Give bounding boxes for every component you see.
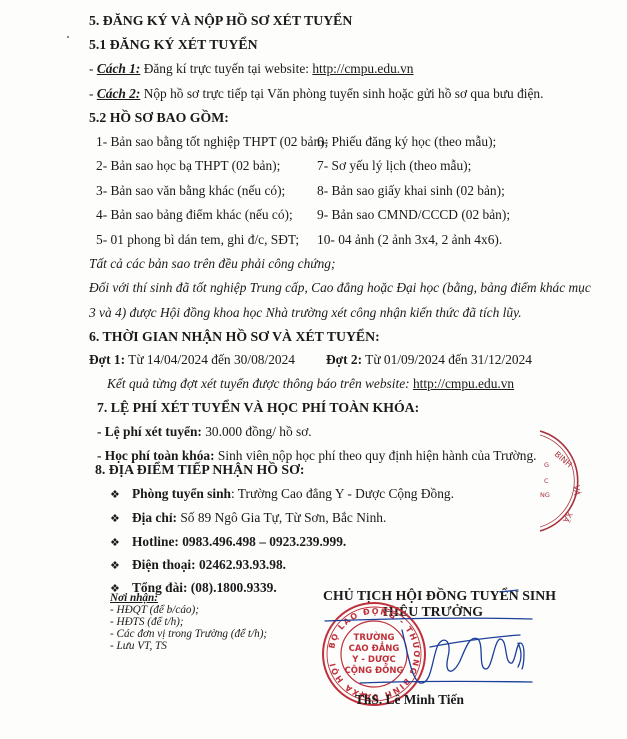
document-item: 7- Sơ yếu lý lịch (theo mẫu); xyxy=(317,158,471,174)
recipient-item: - HĐQT (để b/cáo); xyxy=(110,604,199,617)
round-1: Đợt 1: Từ 14/04/2024 đến 30/08/2024 xyxy=(89,352,295,368)
recipient-item: - Lưu VT, TS xyxy=(110,640,167,653)
section-7-title: 7. LỆ PHÍ XÉT TUYỂN VÀ HỌC PHÍ TOÀN KHÓA… xyxy=(97,400,419,416)
partial-stamp-icon: BINH VÀ XÃ G C NG xyxy=(540,425,600,537)
graduate-note-line-2: 3 và 4) được Hội đồng khoa học Nhà trườn… xyxy=(89,305,522,321)
document-item: 1- Bản sao bằng tốt nghiệp THPT (02 bản)… xyxy=(96,134,328,150)
diamond-bullet-icon: ❖ xyxy=(110,535,132,551)
section-8-title: 8. ĐỊA ĐIỂM TIẾP NHẬN HỒ SƠ: xyxy=(95,462,304,478)
contact-item: ❖Điện thoại: 02462.93.93.98. xyxy=(110,557,286,574)
document-item: 10- 04 ảnh (2 ảnh 3x4, 2 ảnh 4x6). xyxy=(317,232,502,248)
contact-item: ❖Phòng tuyển sinh: Trường Cao đẳng Y - D… xyxy=(110,486,454,503)
svg-text:BINH: BINH xyxy=(553,450,574,470)
round-1-label: Đợt 1: xyxy=(89,352,125,367)
document-item: 8- Bản sao giấy khai sinh (02 bản); xyxy=(317,183,505,199)
svg-text:VÀ: VÀ xyxy=(572,485,583,496)
round-1-dates: Từ 14/04/2024 đến 30/08/2024 xyxy=(125,352,295,367)
round-2-dates: Từ 01/09/2024 đến 31/12/2024 xyxy=(362,352,532,367)
scan-speck xyxy=(67,36,69,38)
result-text: Kết quả từng đợt xét tuyển được thông bá… xyxy=(107,376,413,391)
fee-value: 30.000 đồng/ hồ sơ. xyxy=(202,424,312,439)
diamond-bullet-icon: ❖ xyxy=(110,558,132,574)
recipient-item: - HĐTS (để t/h); xyxy=(110,616,184,629)
round-2-label: Đợt 2: xyxy=(326,352,362,367)
document-item: 9- Bản sao CMND/CCCD (02 bản); xyxy=(317,207,510,223)
method-2-label: Cách 2: xyxy=(97,86,141,101)
document-page: 5. ĐĂNG KÝ VÀ NỘP HỒ SƠ XÉT TUYỂN 5.1 ĐĂ… xyxy=(0,0,627,739)
round-2: Đợt 2: Từ 01/09/2024 đến 31/12/2024 xyxy=(326,352,532,368)
section-5-1-title: 5.1 ĐĂNG KÝ XÉT TUYỂN xyxy=(89,37,258,53)
notarize-note: Tất cả các bản sao trên đều phải công ch… xyxy=(89,256,335,272)
tuition-label: - Học phí toàn khóa: xyxy=(97,448,215,463)
section-6-title: 6. THỜI GIAN NHẬN HỒ SƠ VÀ XÉT TUYỂN: xyxy=(89,329,380,345)
document-item: 3- Bản sao văn bằng khác (nếu có); xyxy=(96,183,285,199)
result-notice: Kết quả từng đợt xét tuyển được thông bá… xyxy=(107,376,514,392)
website-link[interactable]: http://cmpu.edu.vn xyxy=(312,61,413,76)
fee-label: - Lệ phí xét tuyển: xyxy=(97,424,202,439)
contact-item: ❖Hotline: 0983.496.498 – 0923.239.999. xyxy=(110,534,346,551)
svg-text:NG: NG xyxy=(540,491,550,499)
diamond-bullet-icon: ❖ xyxy=(110,511,132,527)
svg-text:C: C xyxy=(544,477,549,485)
method-2: - Cách 2: Nộp hồ sơ trực tiếp tại Văn ph… xyxy=(89,86,543,102)
diamond-bullet-icon: ❖ xyxy=(110,487,132,503)
document-item: 2- Bản sao học bạ THPT (02 bản); xyxy=(96,158,280,174)
application-fee: - Lệ phí xét tuyển: 30.000 đồng/ hồ sơ. xyxy=(97,424,312,440)
method-2-text: Nộp hồ sơ trực tiếp tại Văn phòng tuyển … xyxy=(140,86,543,101)
graduate-note-line-1: Đối với thí sinh đã tốt nghiệp Trung cấp… xyxy=(89,280,591,296)
recipient-item: - Các đơn vị trong Trường (để t/h); xyxy=(110,628,267,641)
handwritten-signature-icon xyxy=(320,585,540,700)
section-5-title: 5. ĐĂNG KÝ VÀ NỘP HỒ SƠ XÉT TUYỂN xyxy=(89,13,352,29)
tuition-value: Sinh viên nộp học phí theo quy định hiện… xyxy=(215,448,537,463)
method-1-label: Cách 1: xyxy=(97,61,141,76)
signer-name: ThS. Lê Minh Tiến xyxy=(355,692,464,708)
method-1-text: Đăng kí trực tuyến tại website: xyxy=(140,61,312,76)
document-item: 4- Bản sao bảng điểm khác (nếu có); xyxy=(96,207,293,223)
recipients-title: Nơi nhận: xyxy=(110,592,158,605)
section-5-2-title: 5.2 HỒ SƠ BAO GỒM: xyxy=(89,110,229,126)
method-1: - Cách 1: Đăng kí trực tuyến tại website… xyxy=(89,61,414,77)
contact-item: ❖Địa chỉ: Số 89 Ngô Gia Tự, Từ Sơn, Bắc … xyxy=(110,510,386,527)
document-item: 6- Phiếu đăng ký học (theo mẫu); xyxy=(317,134,496,150)
document-item: 5- 01 phong bì dán tem, ghi đ/c, SĐT; xyxy=(96,232,299,248)
results-website-link[interactable]: http://cmpu.edu.vn xyxy=(413,376,514,391)
svg-text:G: G xyxy=(544,461,549,469)
